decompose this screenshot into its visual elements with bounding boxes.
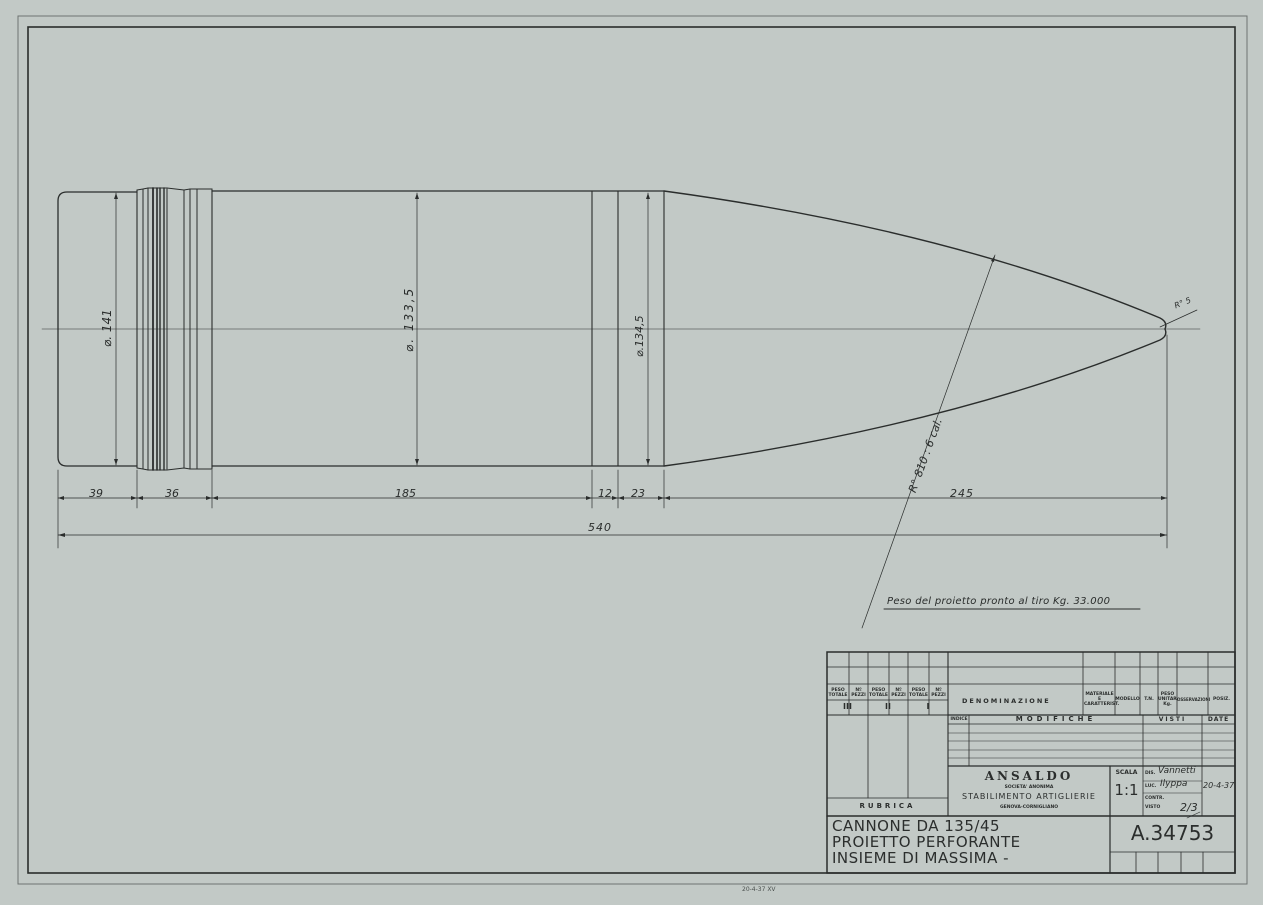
company-type: SOCIETA' ANONIMA bbox=[948, 785, 1110, 790]
luc-signature: Ilyppa bbox=[1160, 779, 1187, 789]
company-name: ANSALDO bbox=[948, 769, 1110, 783]
ogive-bottom bbox=[664, 329, 1166, 466]
contr-label: CONTR. bbox=[1145, 796, 1164, 801]
projectile-weight-note: Peso del proietto pronto al tiro Kg. 33.… bbox=[887, 596, 1110, 607]
approval-date: 20-4-37 bbox=[1203, 781, 1234, 790]
group-ii: II bbox=[868, 702, 908, 711]
title-line-3: INSIEME DI MASSIMA - bbox=[832, 850, 1009, 866]
dim-12: 12 bbox=[598, 487, 612, 500]
dis-label: DIS. bbox=[1145, 771, 1155, 776]
tip-radius-leader bbox=[1160, 310, 1197, 327]
scala-label: SCALA bbox=[1110, 769, 1143, 776]
group-iii: III bbox=[827, 702, 868, 711]
pezzi-ii: Nº PEZZI bbox=[889, 688, 908, 698]
peso-totale-ii: PESO TOTALE bbox=[868, 688, 889, 698]
peso-unitario-header: PESO UNITAR. Kg. bbox=[1158, 692, 1177, 707]
plant-name: STABILIMENTO ARTIGLIERIE bbox=[948, 792, 1110, 801]
group-i: I bbox=[908, 702, 948, 711]
rubrica-label: RUBRICA bbox=[827, 802, 948, 810]
dim-39: 39 bbox=[89, 487, 103, 500]
denominazione-header: DENOMINAZIONE bbox=[962, 697, 1051, 705]
body-diameter-label: ⌀. 133,5 bbox=[402, 287, 416, 352]
plant-location: GENOVA-CORNIGLIANO bbox=[948, 805, 1110, 810]
modifiche-header: MODIFICHE bbox=[969, 715, 1143, 723]
indice-header: INDICE bbox=[949, 717, 969, 722]
modello-header: MODELLO bbox=[1115, 697, 1140, 702]
peso-totale-i: PESO TOTALE bbox=[908, 688, 929, 698]
outer-border bbox=[18, 16, 1247, 884]
luc-label: LUC. bbox=[1145, 784, 1156, 789]
date-header: DATE bbox=[1202, 716, 1235, 723]
visto-label: VISTO bbox=[1145, 805, 1160, 810]
pezzi-iii: Nº PEZZI bbox=[849, 688, 868, 698]
inner-border bbox=[28, 27, 1235, 873]
dim-overall-540: 540 bbox=[588, 521, 612, 534]
peso-totale-iii: PESO TOTALE bbox=[828, 688, 848, 698]
posiz-header: POSIZ. bbox=[1208, 697, 1235, 702]
dim-185: 185 bbox=[395, 487, 416, 500]
dim-245: 245 bbox=[950, 487, 974, 500]
osservazioni-header: OSSERVAZIONI bbox=[1177, 697, 1208, 702]
visti-header: VISTI bbox=[1143, 716, 1202, 723]
materiale-header: MATERIALE E CARATTERIST. bbox=[1084, 692, 1115, 707]
ogive-top bbox=[664, 191, 1166, 329]
base-diameter-label: ⌀. 141 bbox=[100, 309, 114, 347]
footer-date-stamp: 20-4-37 XV bbox=[742, 886, 776, 893]
dis-signature: Vannetti bbox=[1158, 766, 1196, 776]
tn-header: T.N. bbox=[1140, 697, 1158, 702]
pezzi-i: Nº PEZZI bbox=[929, 688, 948, 698]
bourrelet-diameter-label: ⌀.134,5 bbox=[633, 315, 646, 357]
visto-signature: 2/3 bbox=[1180, 801, 1198, 814]
scala-value: 1:1 bbox=[1110, 781, 1143, 799]
dim-23: 23 bbox=[631, 487, 645, 500]
drawing-number: A.34753 bbox=[1110, 821, 1235, 845]
title-line-2: PROIETTO PERFORANTE bbox=[832, 834, 1021, 850]
dim-36: 36 bbox=[165, 487, 179, 500]
title-line-1: CANNONE DA 135/45 bbox=[832, 818, 1000, 834]
